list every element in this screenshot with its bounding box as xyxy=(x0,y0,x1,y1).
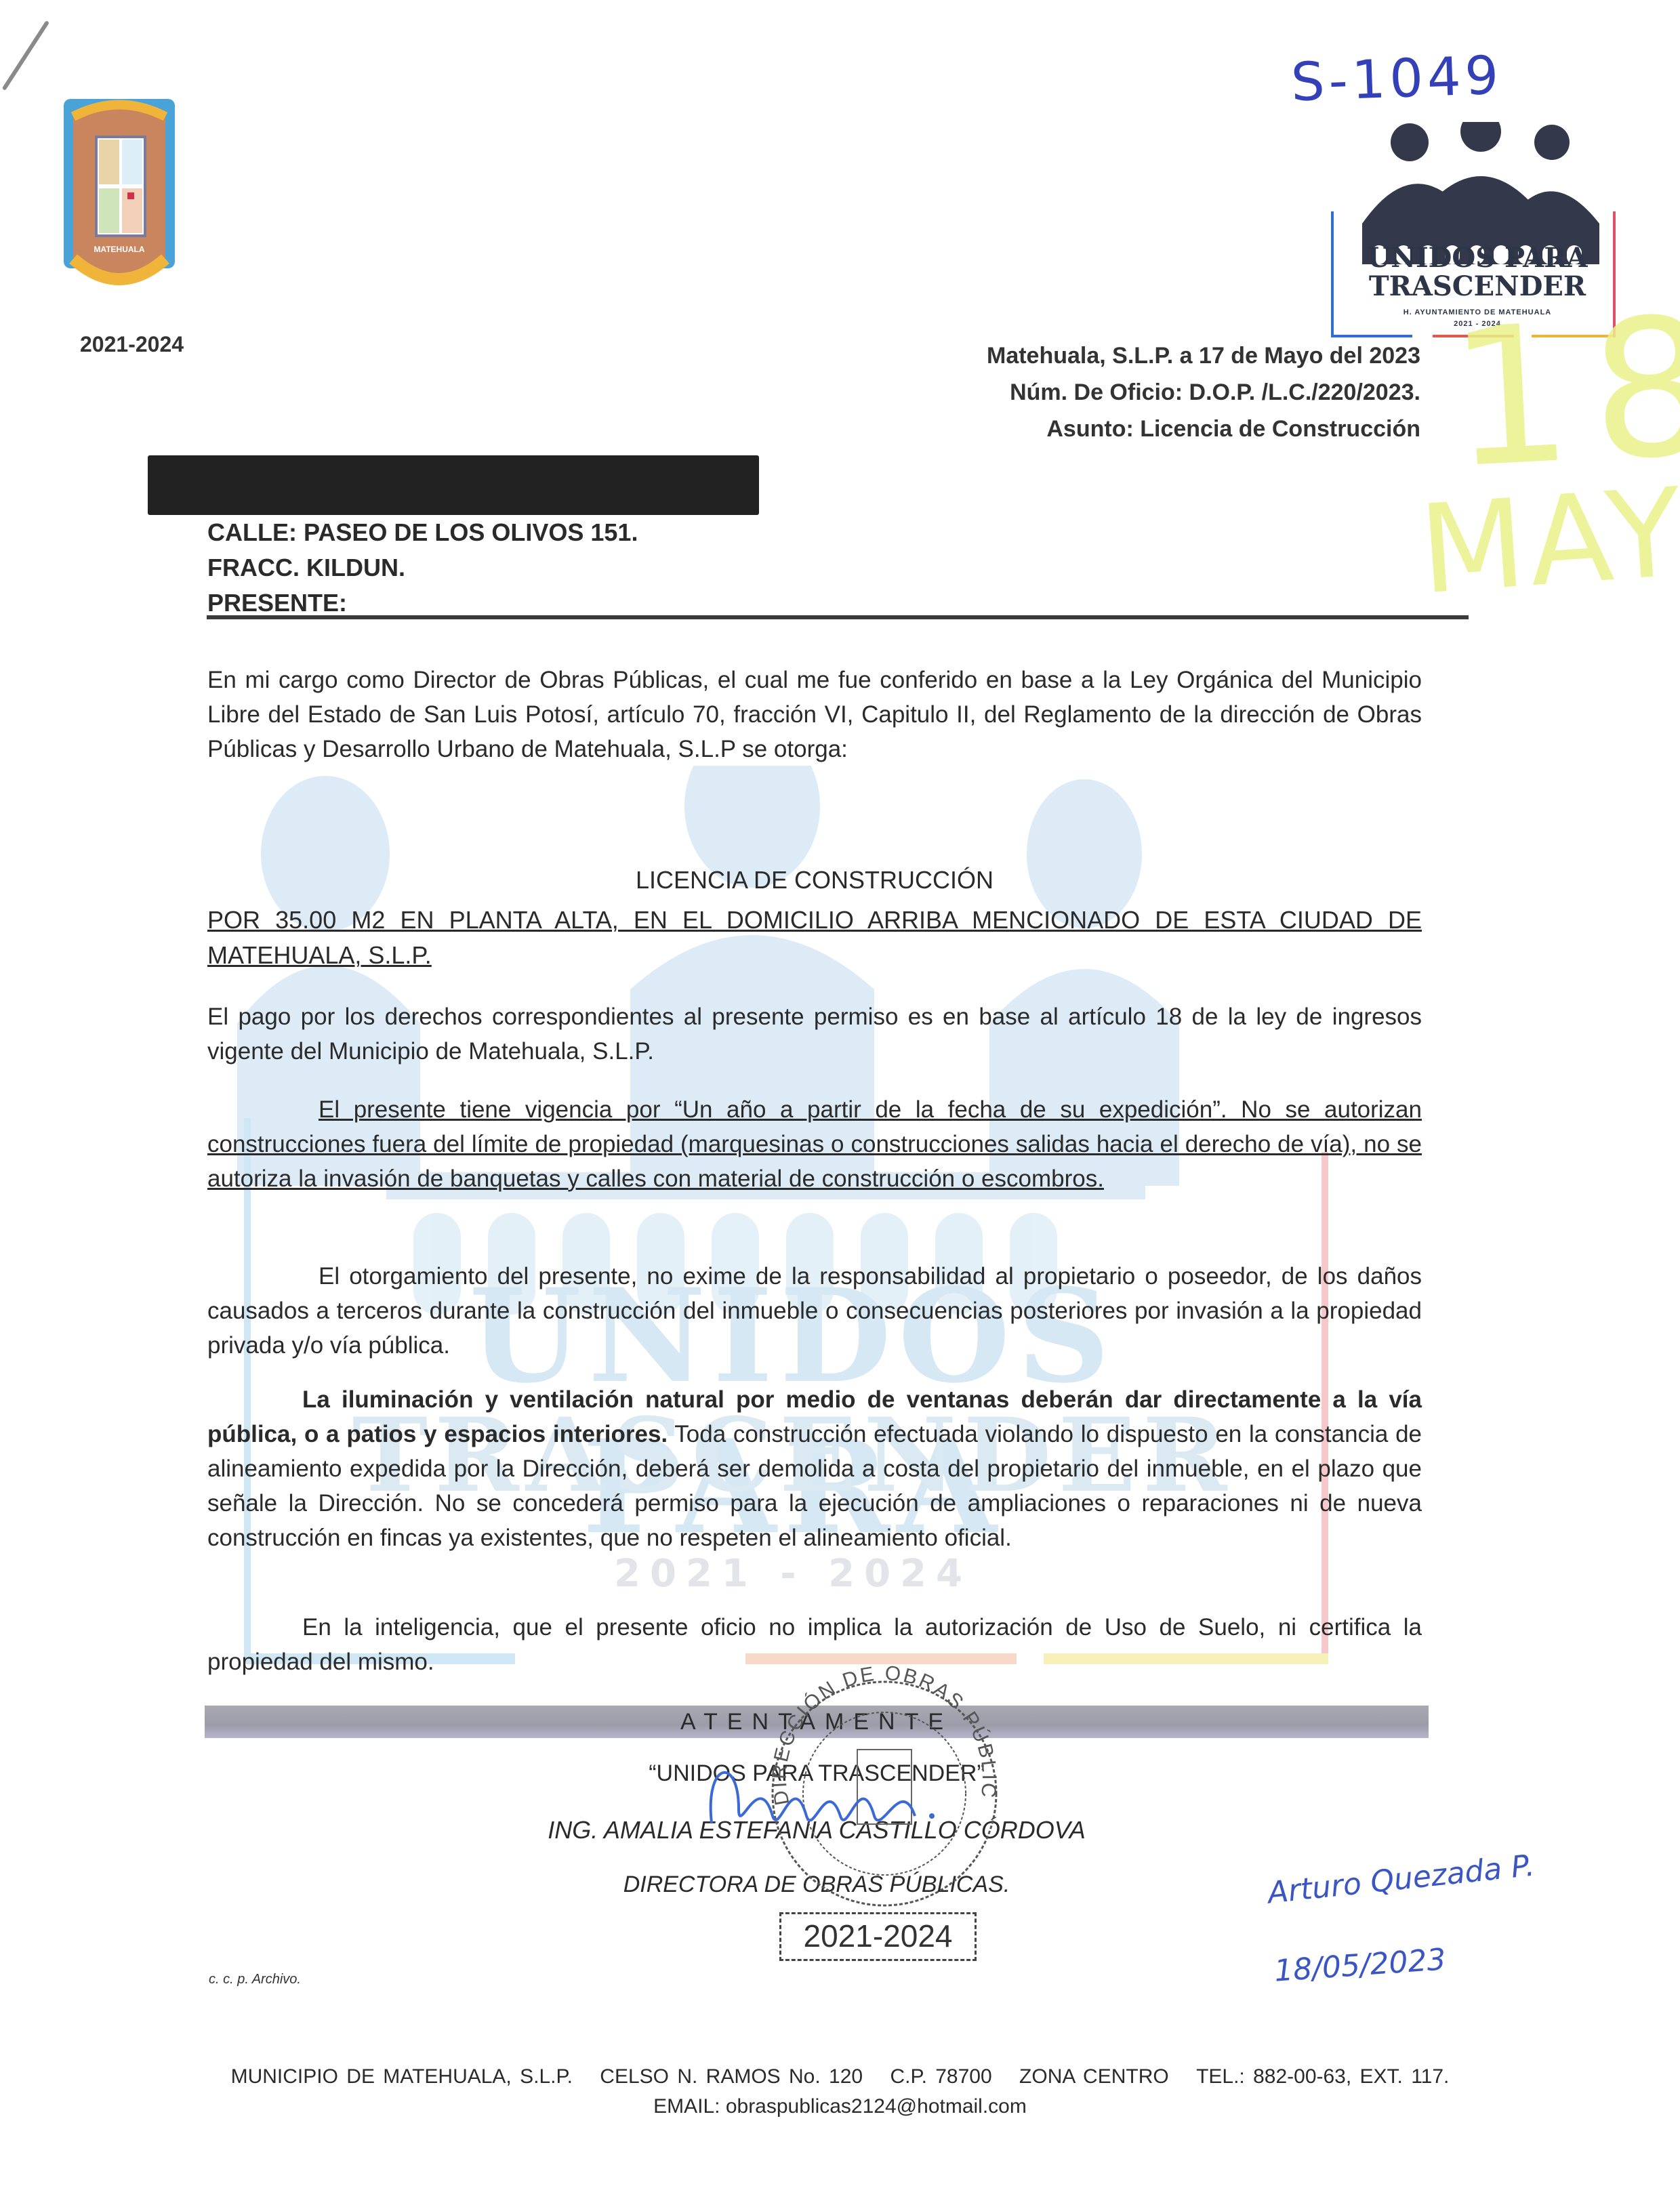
addressee-block: CALLE: PASEO DE LOS OLIVOS 151. FRACC. K… xyxy=(207,515,638,621)
coat-of-arms-label: MATEHUALA xyxy=(94,245,144,254)
receipt-signature-name: Arturo Quezada P. xyxy=(1267,1849,1536,1910)
land-use-paragraph: En la inteligencia, que el presente ofic… xyxy=(207,1610,1422,1679)
liability-paragraph: El otorgamiento del presente, no exime d… xyxy=(207,1259,1422,1363)
validity-paragraph: El presente tiene vigencia por “Un año a… xyxy=(207,1092,1422,1196)
place-date: Matehuala, S.L.P. a 17 de Mayo del 2023 xyxy=(987,337,1420,374)
footer-phone: TEL.: 882-00-63, EXT. 117. xyxy=(1196,2065,1449,2088)
footer-postal-code: C.P. 78700 xyxy=(890,2065,991,2088)
payment-paragraph: El pago por los derechos correspondiente… xyxy=(207,999,1422,1069)
land-use-text: En la inteligencia, que el presente ofic… xyxy=(207,1614,1422,1675)
license-title: LICENCIA DE CONSTRUCCIÓN xyxy=(207,866,1422,894)
footer-address: MUNICIPIO DE MATEHUALA, S.L.P. CELSO N. … xyxy=(0,2065,1680,2088)
received-stamp-month: MAY xyxy=(1416,472,1680,613)
addressee-divider xyxy=(207,615,1469,619)
staple-mark xyxy=(2,20,49,91)
signer-role: DIRECTORA DE OBRAS PÚBLICAS. xyxy=(205,1872,1429,1898)
closing-text: ATENTAMENTE xyxy=(205,1706,1429,1737)
receipt-date: 18/05/2023 xyxy=(1273,1942,1448,1989)
coat-of-arms-logo: MATEHUALA xyxy=(60,96,179,298)
seal-years-box: 2021-2024 xyxy=(779,1912,977,1961)
license-description: POR 35.00 M2 EN PLANTA ALTA, EN EL DOMIC… xyxy=(207,903,1422,973)
subject: Asunto: Licencia de Construcción xyxy=(987,411,1420,447)
redacted-addressee-name xyxy=(148,455,759,515)
office-number: Núm. De Oficio: D.O.P. /L.C./220/2023. xyxy=(987,374,1420,411)
liability-text: El otorgamiento del presente, no exime d… xyxy=(207,1263,1422,1359)
validity-text: El presente tiene vigencia por “Un año a… xyxy=(207,1096,1422,1192)
footer-street: CELSO N. RAMOS No. 120 xyxy=(600,2065,863,2088)
addressee-street: CALLE: PASEO DE LOS OLIVOS 151. xyxy=(207,515,638,550)
administration-years: 2021-2024 xyxy=(80,332,184,357)
document-header-info: Matehuala, S.L.P. a 17 de Mayo del 2023 … xyxy=(987,337,1420,447)
addressee-subdivision: FRACC. KILDUN. xyxy=(207,550,638,585)
carbon-copy-note: c. c. p. Archivo. xyxy=(209,1972,301,1987)
watermark-years: 2021 - 2024 xyxy=(291,1552,1294,1596)
handwritten-folio: S-1049 xyxy=(1290,45,1504,114)
lighting-paragraph: La iluminación y ventilación natural por… xyxy=(207,1382,1422,1555)
footer-municipality: MUNICIPIO DE MATEHUALA, S.L.P. xyxy=(231,2065,573,2088)
intro-paragraph: En mi cargo como Director de Obras Públi… xyxy=(207,663,1422,766)
footer-email: EMAIL: obraspublicas2124@hotmail.com xyxy=(0,2095,1680,2118)
logo-title-line1: UNIDOS PARA xyxy=(1362,244,1593,272)
footer-zone: ZONA CENTRO xyxy=(1019,2065,1169,2088)
signer-name: ING. AMALIA ESTEFANIA CASTILLO CÓRDOVA xyxy=(205,1816,1429,1844)
motto: “UNIDOS PARA TRASCENDER” xyxy=(205,1760,1429,1787)
